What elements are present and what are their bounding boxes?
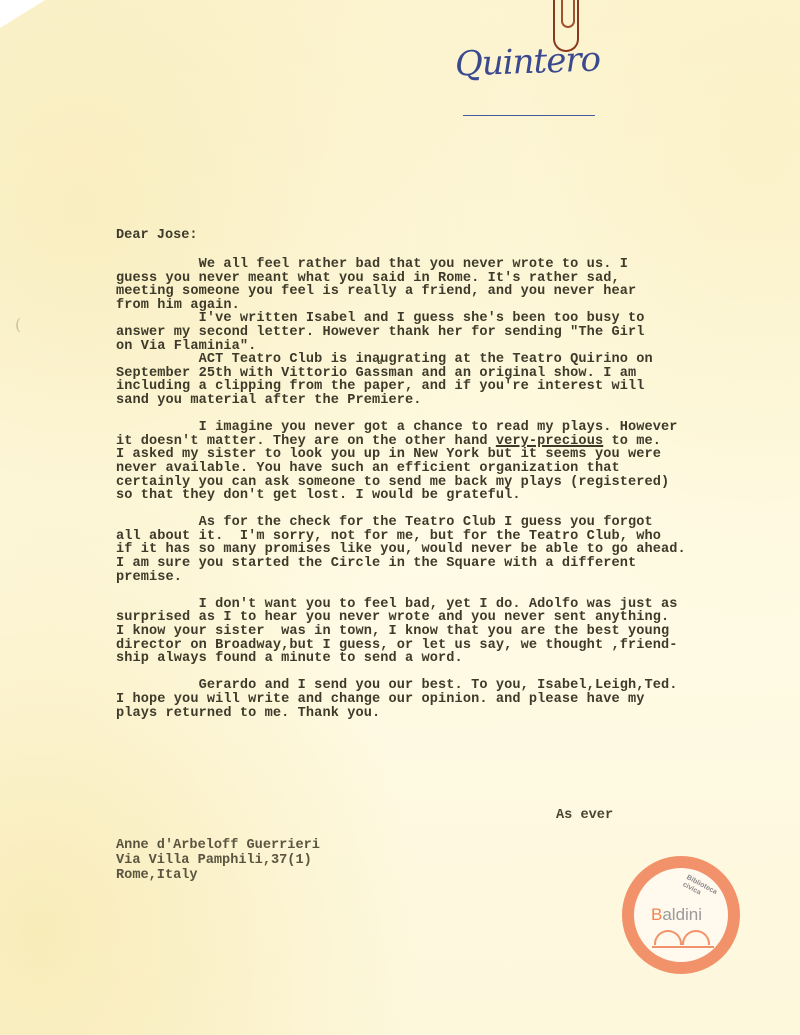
letter-line: never available. You have such an effici… (116, 462, 776, 476)
library-stamp: Biblioteca civica Baldini (622, 856, 740, 974)
sender-address: Anne d'Arbeloff Guerrieri Via Villa Pamp… (116, 838, 320, 883)
paragraph-gap (116, 584, 776, 598)
letter-line: if it has so many promises like you, wou… (116, 543, 776, 557)
letter-line: so that they don't get lost. I would be … (116, 489, 776, 503)
letter-line: ship always found a minute to send a wor… (116, 652, 776, 666)
letter-line: including a clipping from the paper, and… (116, 380, 776, 394)
letter-line: all about it. I'm sorry, not for me, but… (116, 530, 776, 544)
paragraph-gap (116, 503, 776, 517)
sender-city: Rome,Italy (116, 868, 198, 883)
letter-line: I asked my sister to look you up in New … (116, 448, 776, 462)
letter-line: September 25th with Vittorio Gassman and… (116, 367, 776, 381)
letter-line: I hope you will write and change our opi… (116, 693, 776, 707)
letter-line: As for the check for the Teatro Club I g… (116, 516, 776, 530)
letter-line: director on Broadway,but I guess, or let… (116, 639, 776, 653)
letter-line: answer my second letter. However thank h… (116, 326, 776, 340)
paragraph-gap (116, 666, 776, 680)
letter-line: surprised as I to hear you never wrote a… (116, 611, 776, 625)
letter-line: I know your sister was in town, I know t… (116, 625, 776, 639)
handwritten-correction: u (377, 357, 382, 367)
paragraph-gap (116, 408, 776, 422)
paper-corner (0, 0, 45, 28)
letter-line: certainly you can ask someone to send me… (116, 476, 776, 490)
letter-line: We all feel rather bad that you never wr… (116, 258, 776, 272)
letter-body: We all feel rather bad that you never wr… (116, 258, 776, 720)
letter-line: Gerardo and I send you our best. To you,… (116, 679, 776, 693)
sender-street: Via Villa Pamphili,37(1) (116, 853, 312, 868)
letter-closing: As ever (556, 808, 613, 823)
letter-line: I am sure you started the Circle in the … (116, 557, 776, 571)
handwritten-annotation: Quintero (454, 39, 600, 84)
sender-name: Anne d'Arbeloff Guerrieri (116, 838, 320, 853)
letter-line: premise. (116, 571, 776, 585)
open-book-icon (652, 928, 712, 948)
margin-mark: ( (15, 315, 21, 334)
letter-line: meeting someone you feel is really a fri… (116, 285, 776, 299)
letter-line: I imagine you never got a chance to read… (116, 421, 776, 435)
letter-line: from him again. (116, 299, 776, 313)
letter-line: it doesn't matter. They are on the other… (116, 435, 776, 449)
stamp-name: Baldini (651, 905, 702, 925)
letter-line: guess you never meant what you said in R… (116, 272, 776, 286)
letter-line: plays returned to me. Thank you. (116, 707, 776, 721)
letter-line: I've written Isabel and I guess she's be… (116, 312, 776, 326)
letter-line: I don't want you to feel bad, yet I do. … (116, 598, 776, 612)
letter-line: on Via Flaminia". (116, 340, 776, 354)
handwritten-underline (463, 115, 595, 116)
letter-line: sand you material after the Premiere. (116, 394, 776, 408)
letter-line: ACT Teatro Club is inaugrating at the Te… (116, 353, 776, 367)
letter-greeting: Dear Jose: (116, 228, 198, 243)
